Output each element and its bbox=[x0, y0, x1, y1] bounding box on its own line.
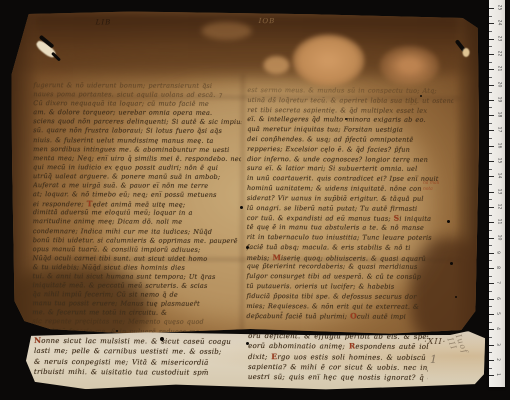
rubric-initial: N bbox=[34, 336, 41, 345]
wormhole bbox=[420, 95, 422, 97]
manuscript-leaf: LIB IOB fugerunt & nō uiderunt bonum; pe… bbox=[10, 11, 479, 343]
ruler-tick-minor bbox=[489, 184, 492, 185]
ruler-tick bbox=[489, 23, 494, 24]
ruler-number: 12 bbox=[496, 204, 501, 210]
text-line: Cū dixero nequaquā ita loquar; cū muto f… bbox=[33, 99, 241, 109]
text-line: rit in tabernaculo tuo iniustitia; Tunc … bbox=[247, 233, 453, 244]
wormhole bbox=[246, 246, 249, 249]
ruler-tick bbox=[489, 85, 494, 86]
text-line: tū putaueris. orieris ut lucifer; & habe… bbox=[246, 282, 452, 293]
ruler-tick-minor bbox=[489, 230, 492, 231]
ruler-tick bbox=[489, 192, 494, 193]
ruler-number: 18 bbox=[496, 112, 501, 118]
ruler-tick-minor bbox=[489, 322, 492, 323]
ruler-tick bbox=[489, 8, 494, 9]
ruler-tick bbox=[489, 329, 494, 330]
strip-text-right: orū deficient. & effugiū peribit ab eis.… bbox=[248, 331, 428, 383]
wormhole bbox=[240, 206, 243, 209]
ruler-tick-minor bbox=[489, 107, 492, 108]
ruler-tick bbox=[489, 314, 494, 315]
ruler-tick bbox=[489, 283, 494, 284]
wormhole bbox=[116, 330, 118, 332]
ruler-tick-minor bbox=[489, 215, 492, 216]
rubric-initial: E bbox=[271, 352, 277, 361]
bare-patch-top-right bbox=[379, 46, 439, 86]
bare-patch-top-center bbox=[292, 34, 364, 86]
ruler-number: 1 bbox=[495, 373, 500, 376]
ruler-tick bbox=[489, 360, 494, 361]
ruler-tick-minor bbox=[489, 62, 492, 63]
ruler-tick bbox=[489, 345, 494, 346]
ruler-tick-minor bbox=[489, 337, 492, 338]
ruler-number: 9 bbox=[495, 251, 500, 254]
text-line: tribuisti mihi. & uisitatio tua custodiu… bbox=[34, 367, 246, 378]
ruler-tick bbox=[489, 375, 494, 376]
text-line: ret tibi secreta sapientię. & q̄d multip… bbox=[247, 106, 453, 117]
wormhole bbox=[455, 296, 457, 298]
ruler-number: 6 bbox=[495, 297, 500, 300]
ruler-number: 20 bbox=[496, 81, 501, 87]
margin-gloss: nā mali nota bbox=[423, 181, 439, 192]
rubric-initial: T bbox=[87, 200, 93, 209]
ruler-tick bbox=[489, 222, 494, 223]
ruler-tick bbox=[489, 176, 494, 177]
ruler-number: 13 bbox=[496, 188, 501, 194]
ruler-number: 21 bbox=[496, 66, 501, 72]
ruler-tick bbox=[489, 115, 494, 116]
ruler-number: 17 bbox=[496, 127, 501, 133]
rubric-initial: M bbox=[272, 253, 281, 262]
ruler-tick-minor bbox=[489, 46, 492, 47]
ruler-tick bbox=[489, 207, 494, 208]
ruler-number: 11 bbox=[496, 219, 501, 225]
bare-patch-small bbox=[263, 56, 289, 74]
ruler-tick bbox=[489, 268, 494, 269]
running-title-left: LIB bbox=[96, 18, 112, 26]
margin-note: 15 bbox=[409, 99, 417, 107]
ruler-number: 5 bbox=[495, 312, 500, 315]
ruler-number: 15 bbox=[496, 158, 501, 164]
ruler-tick bbox=[489, 54, 494, 55]
ruler-number: 4 bbox=[495, 327, 500, 330]
wormhole bbox=[246, 342, 249, 345]
measuring-ruler: 2524232221201918171615141312111098765432… bbox=[489, 0, 505, 387]
ruler-tick bbox=[489, 39, 494, 40]
chapter-number: ·XII· bbox=[424, 337, 446, 346]
ruler-number: 25 bbox=[496, 5, 501, 11]
text-line: fiduciā p̄posita tibi spe. & defossus se… bbox=[246, 292, 452, 303]
ruler-number: 16 bbox=[496, 142, 501, 148]
text-line: dep̄cabunt̄ faciē tuā plurimi; Oculi aut… bbox=[246, 311, 452, 322]
ruler-tick bbox=[489, 100, 494, 101]
ruler-number: 7 bbox=[495, 281, 500, 284]
text-column-right: est sermo meus. & mundus sū in conspectu… bbox=[246, 86, 453, 322]
ruler-tick-minor bbox=[489, 123, 492, 124]
ruler-tick-minor bbox=[489, 92, 492, 93]
text-line: lasti me; pelle & carnibus uestisti me. … bbox=[34, 346, 246, 357]
ruler-number: 3 bbox=[495, 343, 500, 346]
text-column-left: fugerunt & nō uiderunt bonum; pertransie… bbox=[32, 81, 241, 337]
ruler-number: 2 bbox=[495, 358, 500, 361]
rubric-initial: R bbox=[349, 342, 356, 351]
ruler-tick-minor bbox=[489, 77, 492, 78]
text-line: siderat? Vir uanus in sup̄biā erigitur. … bbox=[247, 194, 453, 205]
ruler-tick bbox=[489, 69, 494, 70]
ruler-tick-minor bbox=[489, 245, 492, 246]
wormhole bbox=[345, 118, 347, 120]
ruler-number: 23 bbox=[496, 35, 501, 41]
ruler-tick-minor bbox=[489, 352, 492, 353]
ruler-tick bbox=[489, 299, 494, 300]
ruler-tick-minor bbox=[489, 291, 492, 292]
text-line: niuis. & fulserint uelut mundissimę manu… bbox=[33, 136, 241, 146]
ruler-number: 19 bbox=[496, 96, 501, 102]
strip-text-left: Nonne sicut lac mulsisti me. & sicut cas… bbox=[34, 336, 246, 378]
ruler-number: 8 bbox=[495, 266, 500, 269]
text-line: dei conp̄hendes. & usq; ad p̄fectū omnip… bbox=[247, 135, 453, 146]
ruler-number: 14 bbox=[496, 173, 501, 179]
ruler-tick-minor bbox=[489, 276, 492, 277]
ruler-tick-minor bbox=[489, 368, 492, 369]
text-line: sū. quare nōn frustra laboraui; Si lotus… bbox=[33, 127, 241, 137]
text-line: repperies; Excelsior cęlo ē. & q̄d facie… bbox=[247, 145, 453, 156]
ruler-tick bbox=[489, 130, 494, 131]
ruler-tick-minor bbox=[489, 169, 492, 170]
gloss-line: nota bbox=[423, 186, 439, 192]
running-title-right: IOB bbox=[259, 17, 276, 25]
text-line: maritudine animę meę; Dicam dō. noli me bbox=[33, 217, 241, 227]
ruler-tick-minor bbox=[489, 260, 492, 261]
ruler-number: 10 bbox=[496, 234, 501, 240]
rubric-initial: S bbox=[394, 214, 400, 223]
text-line: bonū tibi uidetur. si calumnieris & oppr… bbox=[33, 236, 241, 246]
wormhole bbox=[160, 337, 164, 341]
bare-patch-top bbox=[202, 22, 252, 40]
ruler-tick-minor bbox=[489, 199, 492, 200]
wormhole bbox=[450, 262, 453, 265]
ruler-tick bbox=[489, 238, 494, 239]
gloss-line: nā mali bbox=[423, 181, 439, 187]
ruler-tick-minor bbox=[489, 306, 492, 307]
ruler-tick-minor bbox=[489, 153, 492, 154]
repair-strip: Nonne sicut lac mulsisti me. & sicut cas… bbox=[26, 329, 488, 393]
ruler-tick bbox=[489, 253, 494, 254]
manuscript-photograph: LIB IOB fugerunt & nō uiderunt bonum; pe… bbox=[0, 0, 510, 400]
wormhole bbox=[447, 220, 450, 223]
ruler-tick-minor bbox=[489, 138, 492, 139]
rubric-initial: O bbox=[350, 312, 357, 321]
ruler-tick bbox=[489, 146, 494, 147]
ruler-tick-minor bbox=[489, 16, 492, 17]
text-line: uestri sū; quis eni̅ hęc quę nostis igno… bbox=[248, 372, 428, 383]
ruler-tick bbox=[489, 161, 494, 162]
tear-highlight bbox=[463, 48, 470, 57]
ruler-number: 22 bbox=[496, 51, 501, 57]
ruler-tick-minor bbox=[489, 31, 492, 32]
text-line: condemnare; Indica mihi cur me ita iudic… bbox=[33, 227, 241, 237]
strip-numeral: 1 bbox=[430, 353, 437, 366]
ruler-number: 24 bbox=[496, 20, 501, 26]
